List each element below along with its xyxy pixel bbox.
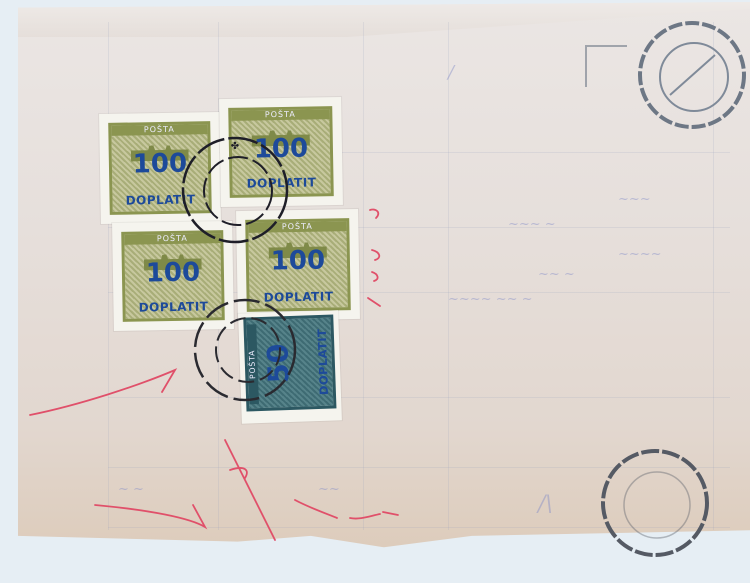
red-crayon-marks xyxy=(0,0,750,583)
